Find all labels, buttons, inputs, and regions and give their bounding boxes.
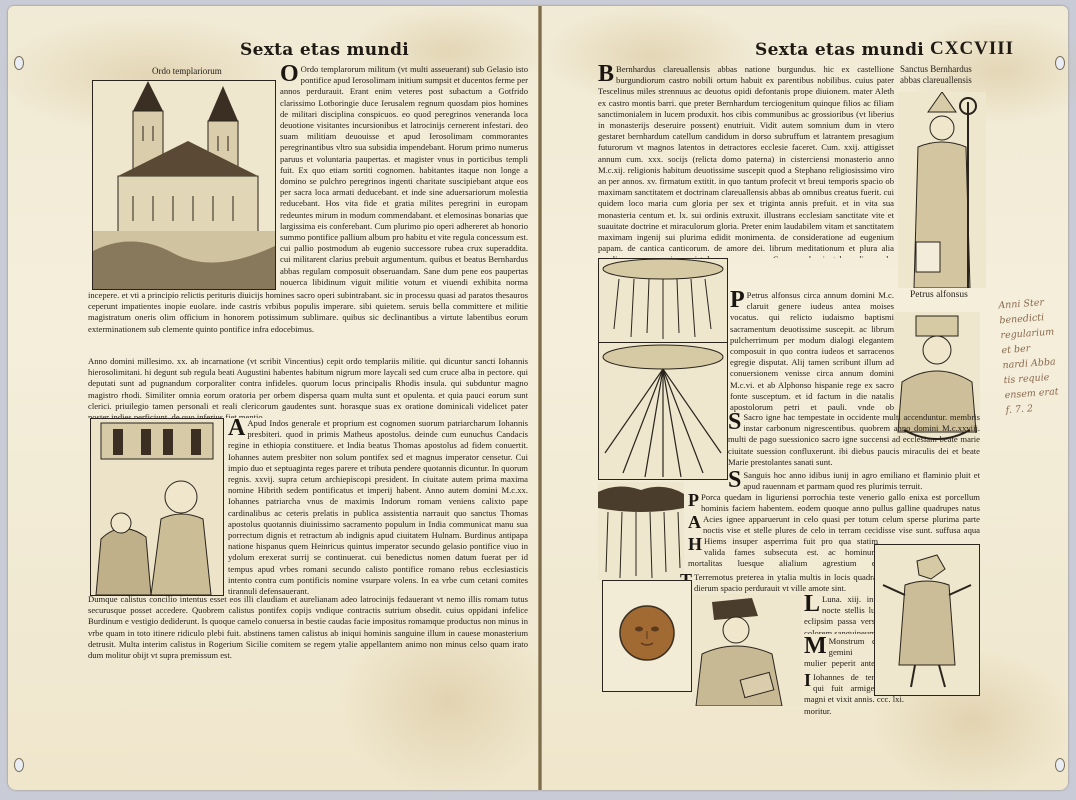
left-text-decline: incepere. et vti a principio relictis pe… xyxy=(88,290,528,364)
binding-hole xyxy=(1055,758,1065,772)
caption-sanct-bernhard: Sanctus Bernhardus abbas clareuallensis xyxy=(900,64,986,86)
fire-rays-icon xyxy=(599,343,727,479)
woodcut-dog-headed-child xyxy=(874,544,980,696)
drop-cap-i: I xyxy=(804,672,811,688)
binding-hole xyxy=(14,56,24,70)
right-running-head: Sexta etas mundi xyxy=(755,40,924,60)
drop-cap-h: H xyxy=(688,536,702,552)
drop-cap-o: O xyxy=(280,64,299,84)
binding-hole xyxy=(14,758,24,772)
prester-john-illustration-icon xyxy=(91,419,223,595)
binding-hole xyxy=(1055,56,1065,70)
book-gutter xyxy=(538,6,542,790)
woodcut-prester-john xyxy=(90,418,224,596)
drop-cap-l: L xyxy=(804,594,820,614)
right-text-hiems: HHiems insuper asperrima fuit pro qua st… xyxy=(688,536,878,572)
right-text-bernhard: BBernhardus clareuallensis abbas natione… xyxy=(598,64,894,258)
right-text-terremotus: TTerremotus preterea in ytalia multis in… xyxy=(680,572,894,594)
right-text-acies: AAcies ignee apparuerunt in celo quasi p… xyxy=(688,514,980,536)
monster-child-icon xyxy=(875,545,979,695)
woodcut-rain-of-blood xyxy=(598,258,728,344)
right-text-porca: PPorca quedam in liguriensi porrochia te… xyxy=(688,492,980,514)
woodcut-templar-church xyxy=(92,80,276,290)
woodcut-sacred-fire xyxy=(598,342,728,480)
caption-petrus-alfonsus: Petrus alfonsus xyxy=(910,290,968,300)
cloud-rain-icon xyxy=(599,259,727,343)
margin-handwritten-annotation: Anni Ster benedicti regularium et ber na… xyxy=(998,294,1070,418)
right-text-sanguis: SSanguis hoc anno idibus iunij in agro e… xyxy=(728,470,980,494)
drop-cap-a2: A xyxy=(688,514,701,530)
storm-cloud-icon xyxy=(598,482,684,580)
woodcut-storm-cloud xyxy=(598,482,684,580)
folio-number: CXCVIII xyxy=(930,38,1014,60)
drop-cap-p: P xyxy=(730,290,745,310)
moon-face-icon xyxy=(603,581,691,691)
drop-cap-a: A xyxy=(228,418,245,438)
drop-cap-p2: P xyxy=(688,492,699,508)
left-text-templars: OOrdo templarorum militum (vt multi asse… xyxy=(280,64,528,288)
right-text-bernhard-end xyxy=(730,258,894,290)
right-text-sacro-igne: SSacro igne hac tempestate in occidente … xyxy=(728,412,980,468)
drop-cap-m: M xyxy=(804,636,827,656)
left-running-head: Sexta etas mundi xyxy=(240,40,409,60)
left-text-prester-john: AApud Indos generale et proprium est cog… xyxy=(228,418,528,594)
johannes-portrait-icon xyxy=(692,594,802,706)
woodcut-saint-bernhard xyxy=(898,92,986,288)
woodcut-blood-moon xyxy=(602,580,692,692)
saint-bernhard-portrait-icon xyxy=(898,92,986,288)
drop-cap-s2: S xyxy=(728,470,741,490)
left-text-hospitallers: Anno domini millesimo. xx. ab incarnatio… xyxy=(88,356,528,418)
woodcut-johannes-de-temporibus xyxy=(692,594,802,706)
woodcut-caption-templars: Ordo templariorum xyxy=(152,66,222,76)
drop-cap-s: S xyxy=(728,412,741,432)
church-illustration-icon xyxy=(93,81,275,289)
right-text-petrus: PPetrus alfonsus circa annum domini M.c.… xyxy=(730,290,894,412)
left-text-burdinus: Dumque calistus concilio intentus esset … xyxy=(88,594,528,672)
drop-cap-b: B xyxy=(598,64,614,84)
